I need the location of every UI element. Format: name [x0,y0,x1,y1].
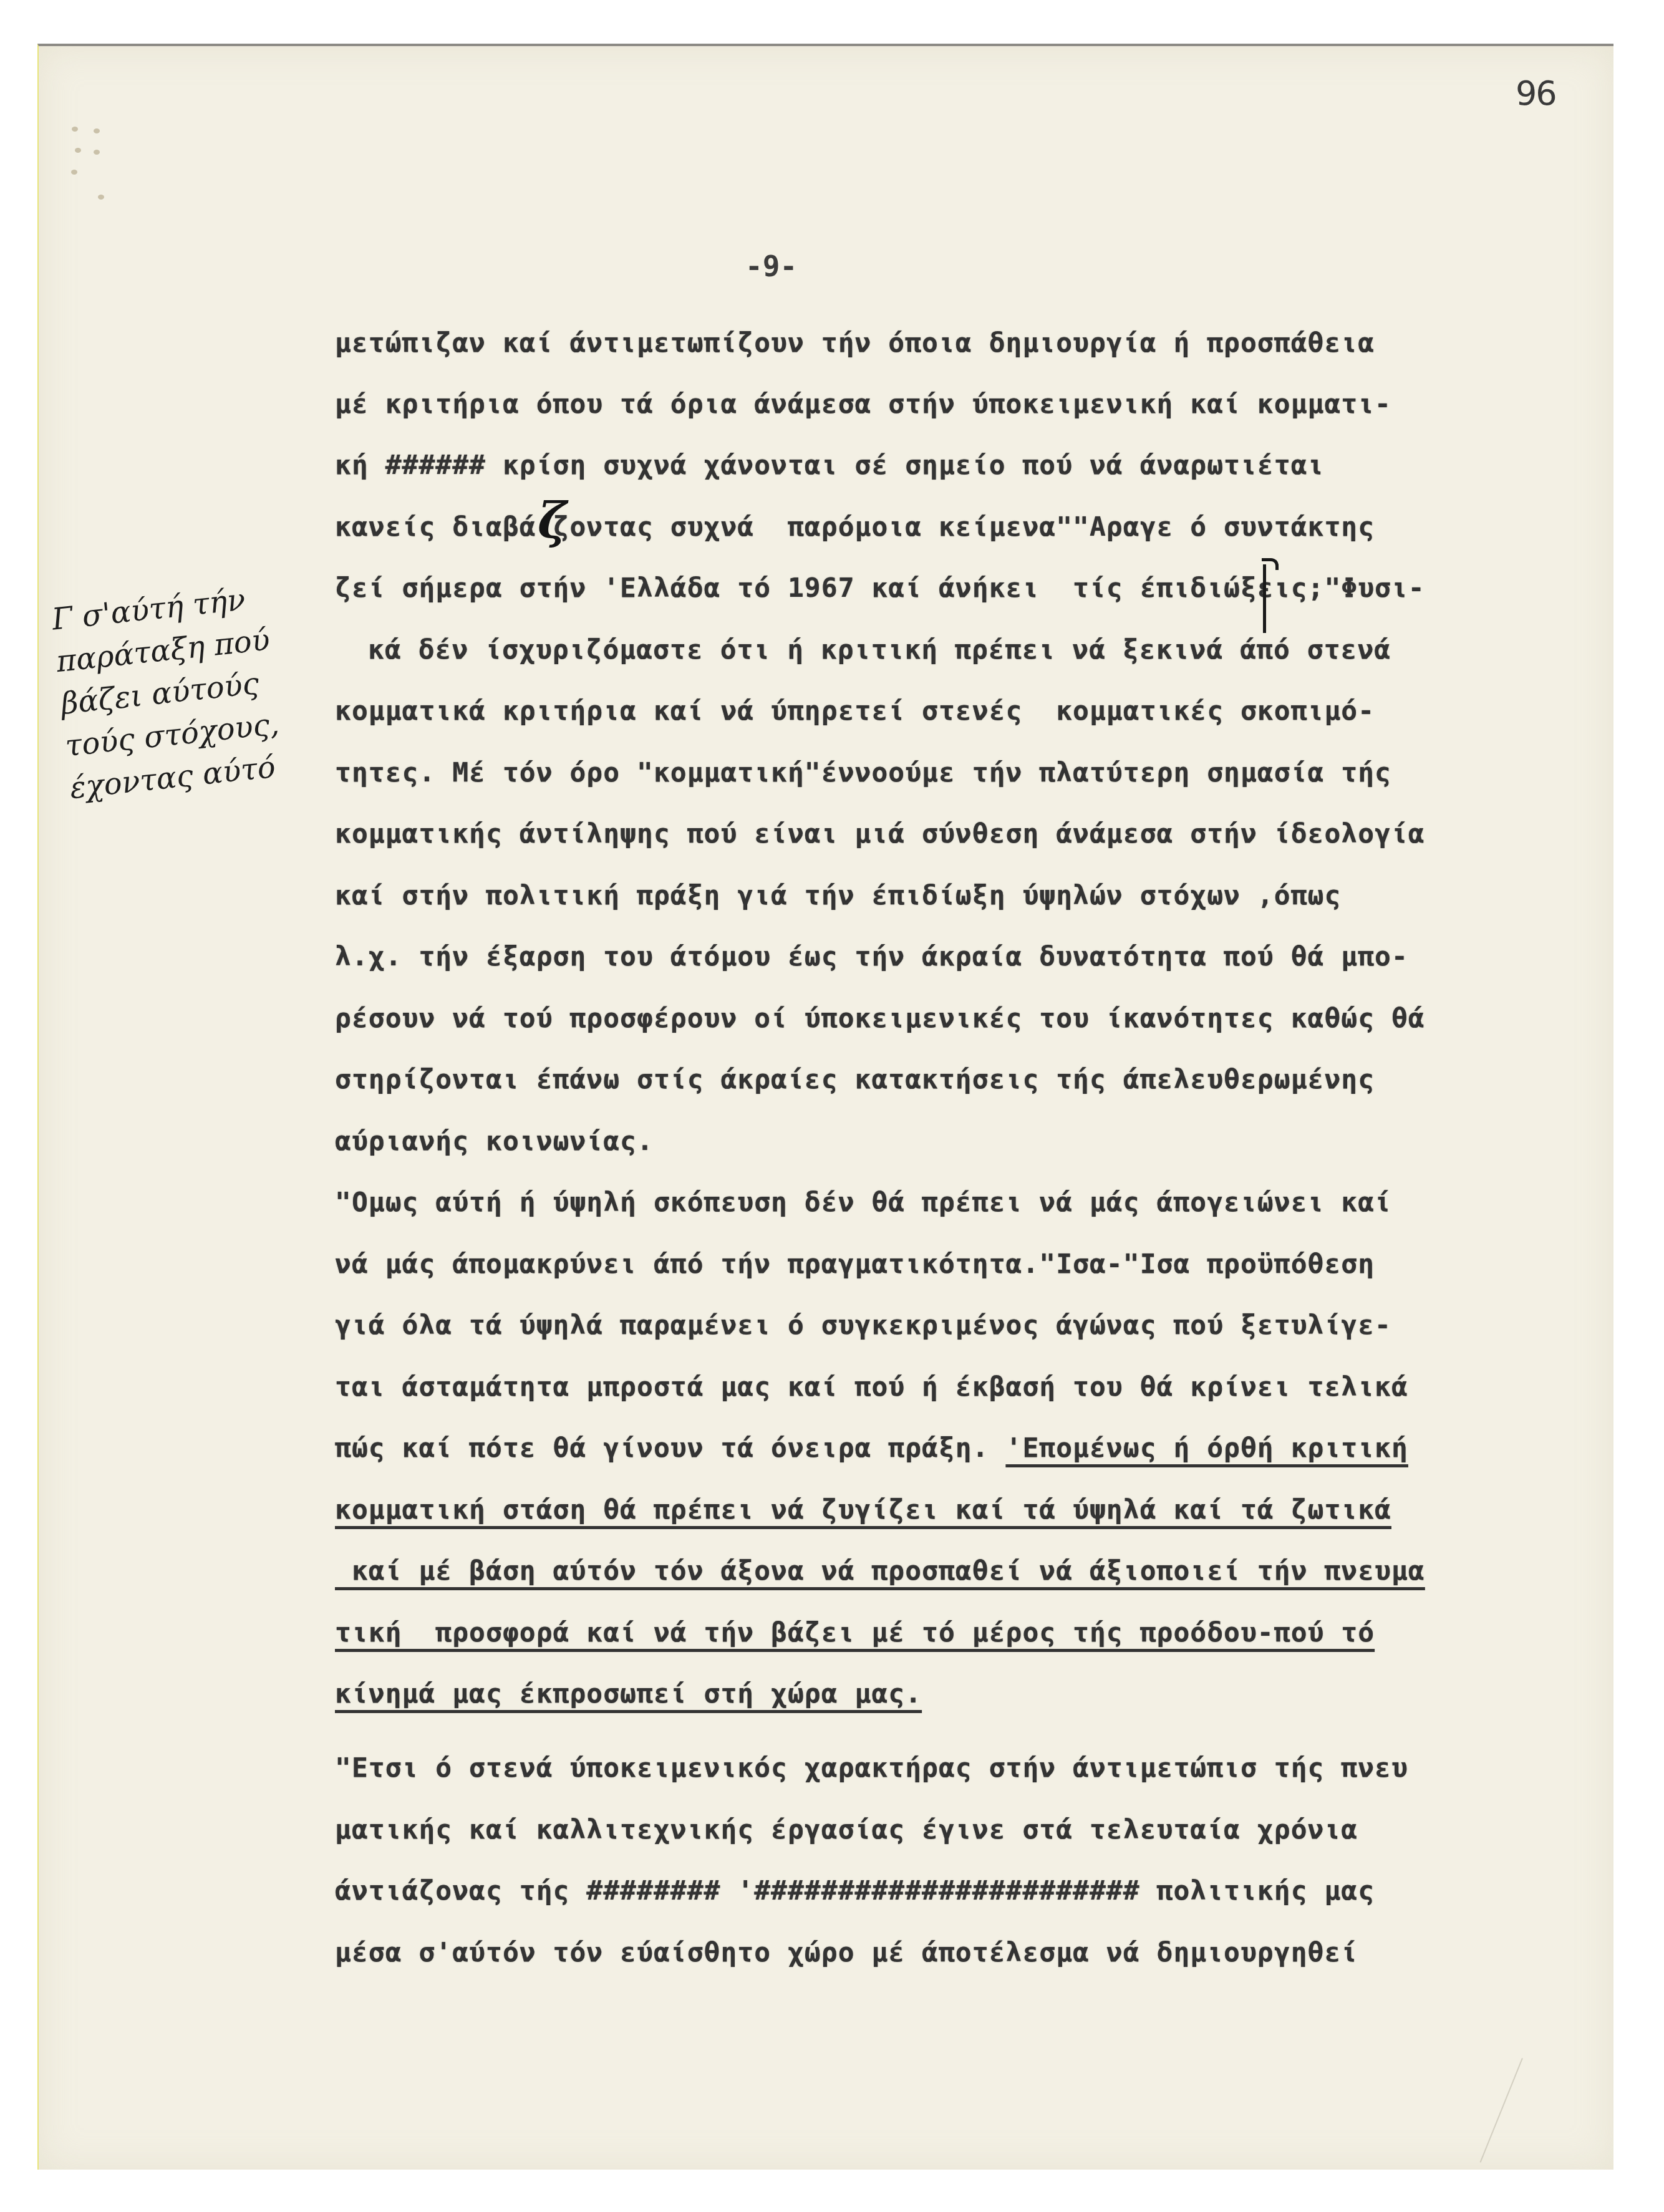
text-line-20-underlined: κομματική στάση θά πρέπει νά ζυγίζει καί… [335,1491,1391,1529]
text-line-8: τητες. Μέ τόν όρο "κομματική"έννοούμε τή… [335,754,1391,791]
text-line-11: λ.χ. τήν έξαρση του άτόμου έως τήν άκραί… [335,938,1408,975]
text-line-15: "Ομως αύτή ή ύψηλή σκόπευση δέν θά πρέπε… [335,1184,1391,1221]
typed-page-marker: -9- [745,249,797,283]
text-line-26: άντιάζονας τής ######## '###############… [335,1872,1375,1910]
underlined-fragment: 'Επομένως ή όρθή κριτική [1006,1432,1408,1464]
text-line-10: καί στήν πολιτική πράξη γιά τήν έπιδίωξη… [335,877,1341,914]
text-line-9: κομματικής άντίληψης πού είναι μιά σύνθε… [335,815,1425,852]
text-line-12: ρέσουν νά τού προσφέρουν οί ύποκειμενικέ… [335,1000,1425,1037]
text-line-21-underlined: καί μέ βάση αύτόν τόν άξονα νά προσπαθεί… [335,1552,1425,1590]
punch-hole [72,127,78,132]
paper-sheet [37,44,1613,2170]
text-line-3: κή ###### κρίση συχνά χάνονται σέ σημείο… [335,447,1324,484]
text-line-23-underlined: κίνημά μας έκπροσωπεί στή χώρα μας. [335,1675,922,1712]
text-line-4: κανείς διαβά ζοντας συχνά παρόμοια κείμε… [335,508,1375,546]
text-line-17: γιά όλα τά ύψηλά παραμένει ό συγκεκριμέν… [335,1306,1391,1344]
punch-hole [94,150,100,155]
text-line-24: "Ετσι ό στενά ύποκειμενικός χαρακτήρας σ… [335,1749,1408,1787]
insertion-caret-mark [1263,564,1266,633]
text-line-7: κομματικά κριτήρια καί νά ύπηρετεί στενέ… [335,692,1375,730]
punch-hole [98,195,104,200]
text-line-16: νά μάς άπομακρύνει άπό τήν πραγματικότητ… [335,1245,1375,1283]
text-line-19-plain: πώς καί πότε θά γίνουν τά όνειρα πράξη. [335,1432,1006,1464]
punch-hole [71,170,77,175]
text-line-19: πώς καί πότε θά γίνουν τά όνειρα πράξη. … [335,1429,1408,1467]
punch-hole [75,148,81,153]
text-line-25: ματικής καί καλλιτεχνικής έργασίας έγινε… [335,1811,1358,1848]
text-line-14: αύριανής κοινωνίας. [335,1123,654,1160]
text-line-1: μετώπιζαν καί άντιμετωπίζουν τήν όποια δ… [335,324,1375,362]
punch-hole [94,128,100,133]
archive-page-number: 96 [1516,74,1556,113]
text-line-13: στηρίζονται έπάνω στίς άκραίες κατακτήσε… [335,1061,1375,1098]
text-line-5: ζεί σήμερα στήν 'Ελλάδα τό 1967 καί άνήκ… [335,569,1425,607]
text-line-27: μέσα σ'αύτόν τόν εύαίσθητο χώρο μέ άποτέ… [335,1934,1358,1971]
text-line-6: κά δέν ίσχυριζόμαστε ότι ή κριτική πρέπε… [368,631,1391,669]
text-line-2: μέ κριτήρια όπου τά όρια άνάμεσα στήν ύπ… [335,385,1391,423]
text-line-22-underlined: τική προσφορά καί νά τήν βάζει μέ τό μέρ… [335,1614,1375,1651]
text-line-18: ται άσταμάτητα μπροστά μας καί πού ή έκβ… [335,1368,1408,1406]
handwritten-zeta-insertion: ζ [538,493,566,549]
handwritten-margin-note: Γ σ'αύτή τήν παράταξη πού βάζει αύτούς τ… [50,571,339,809]
